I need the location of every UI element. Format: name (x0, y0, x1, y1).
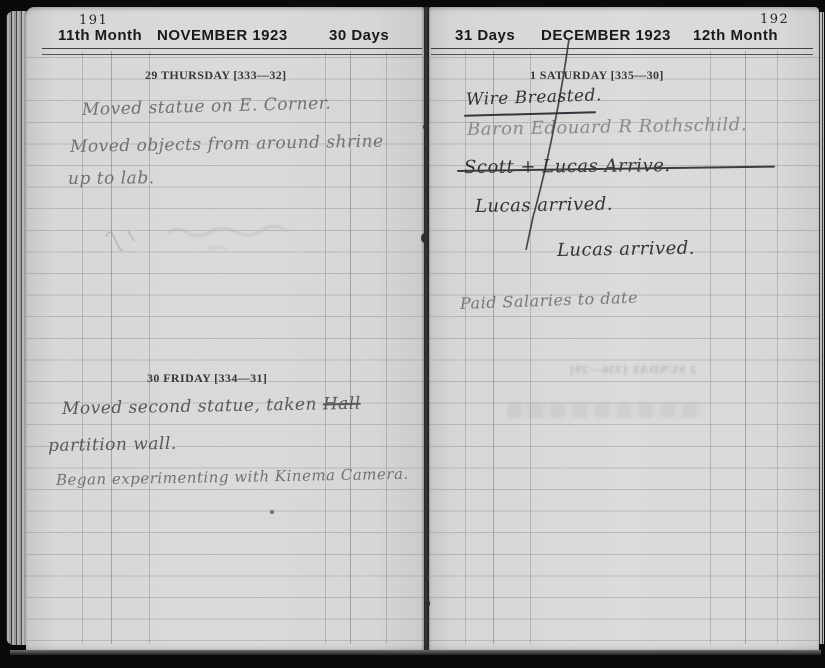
show-through-band (507, 403, 703, 418)
handwritten-entry-lucas-1: Lucas arrived. (475, 194, 613, 217)
header-rule-left (42, 48, 422, 55)
column-rule (530, 51, 531, 644)
handwritten-entry: Moved second statue, taken Hall (62, 394, 361, 419)
ink-speck (425, 575, 429, 581)
handwritten-entry-lucas-2: Lucas arrived. (557, 238, 695, 261)
handwritten-entry-baron: Baron Edouard R Rothschild. (467, 114, 747, 140)
ink-speck (426, 600, 430, 607)
column-rule (710, 51, 711, 644)
column-rule (493, 51, 494, 644)
column-rule (745, 51, 746, 644)
month-position-left: 11th Month (58, 27, 142, 44)
ink-speck (424, 260, 428, 264)
diary-scan: 191 11th Month NOVEMBER 1923 30 Days 29 … (0, 0, 825, 668)
ink-speck (423, 125, 426, 129)
days-count-right: 31 Days (455, 27, 515, 44)
ink-blot (421, 233, 429, 243)
handwritten-entry-salaries: Paid Salaries to date (460, 288, 639, 313)
show-through-marks (98, 219, 308, 264)
book-page-edges-left (6, 11, 28, 645)
month-title-right: DECEMBER 1923 (541, 27, 671, 44)
header-rule-right (431, 48, 813, 55)
handwritten-underline (464, 111, 596, 116)
handwritten-entry: partition wall. (48, 434, 177, 456)
column-rule (777, 51, 778, 644)
struck-word: Hall (323, 394, 361, 415)
page-number-left: 191 (79, 13, 108, 28)
dust-speck (270, 510, 274, 514)
show-through-day-header: 2 SUNDAY [336—29] (569, 362, 696, 377)
handwritten-entry: up to lab. (68, 168, 155, 189)
column-rule (386, 51, 387, 644)
month-title-left: NOVEMBER 1923 (157, 27, 288, 44)
day-header-dec-1: 1 SATURDAY [335—30] (530, 68, 664, 83)
handwritten-entry: Moved statue on E. Corner. (82, 93, 332, 120)
book-gutter (421, 7, 431, 652)
column-rule (465, 51, 466, 644)
month-position-right: 12th Month (693, 27, 778, 44)
entry-text: Moved second statue, taken (62, 394, 323, 419)
handwritten-entry: Began experimenting with Kinema Camera. (56, 465, 409, 489)
ink-speck (424, 188, 428, 193)
handwritten-entry: Moved objects from around shrine (70, 132, 384, 157)
page-number-right: 192 (760, 12, 789, 27)
ruled-lines-right (429, 57, 819, 646)
book-bottom-edge (10, 650, 821, 655)
right-page: 192 31 Days DECEMBER 1923 12th Month 1 S… (429, 7, 819, 652)
day-header-nov-30: 30 FRIDAY [334—31] (147, 371, 267, 386)
day-header-nov-29: 29 THURSDAY [333—32] (145, 68, 287, 83)
handwritten-entry-wire: Wire Breasted. (466, 85, 603, 110)
left-page: 191 11th Month NOVEMBER 1923 30 Days 29 … (26, 7, 424, 652)
days-count-left: 30 Days (329, 27, 389, 44)
